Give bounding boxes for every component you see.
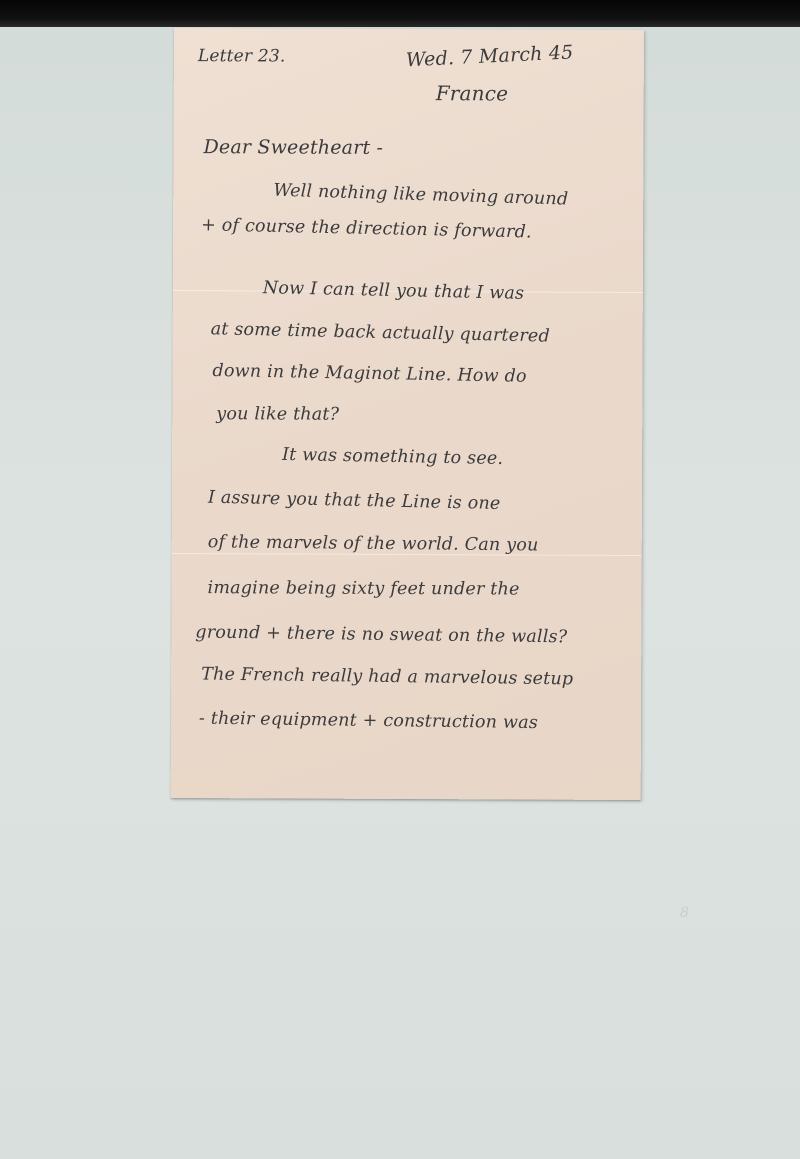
handwritten-letter-page: Letter 23. Wed. 7 March 45 France Dear S… <box>171 28 644 800</box>
letter-line: at some time back actually quartered <box>210 319 550 346</box>
letter-date: Wed. 7 March 45 <box>405 41 573 71</box>
scanner-lid-bar <box>0 0 800 27</box>
letter-line: The French really had a marvelous setup <box>201 665 573 690</box>
letter-line: It was something to see. <box>282 445 503 469</box>
letter-line: Now I can tell you that I was <box>263 278 525 304</box>
letter-line: imagine being sixty feet under the <box>208 578 520 599</box>
letter-line: + of course the direction is forward. <box>201 215 532 242</box>
letter-line: I assure you that the Line is one <box>208 488 501 514</box>
letter-line: you like that? <box>216 404 339 425</box>
letter-number: Letter 23. <box>198 46 286 66</box>
salutation: Dear Sweetheart - <box>203 136 383 159</box>
letter-line: Well nothing like moving around <box>273 181 569 210</box>
letter-line: - their equipment + construction was <box>199 709 538 733</box>
letter-line: ground + there is no sweat on the walls? <box>195 622 567 647</box>
letter-line: of the marvels of the world. Can you <box>208 532 539 555</box>
letter-line: down in the Maginot Line. How do <box>212 361 527 387</box>
stray-pencil-mark: 8 <box>680 905 689 921</box>
letter-place: France <box>436 81 509 105</box>
